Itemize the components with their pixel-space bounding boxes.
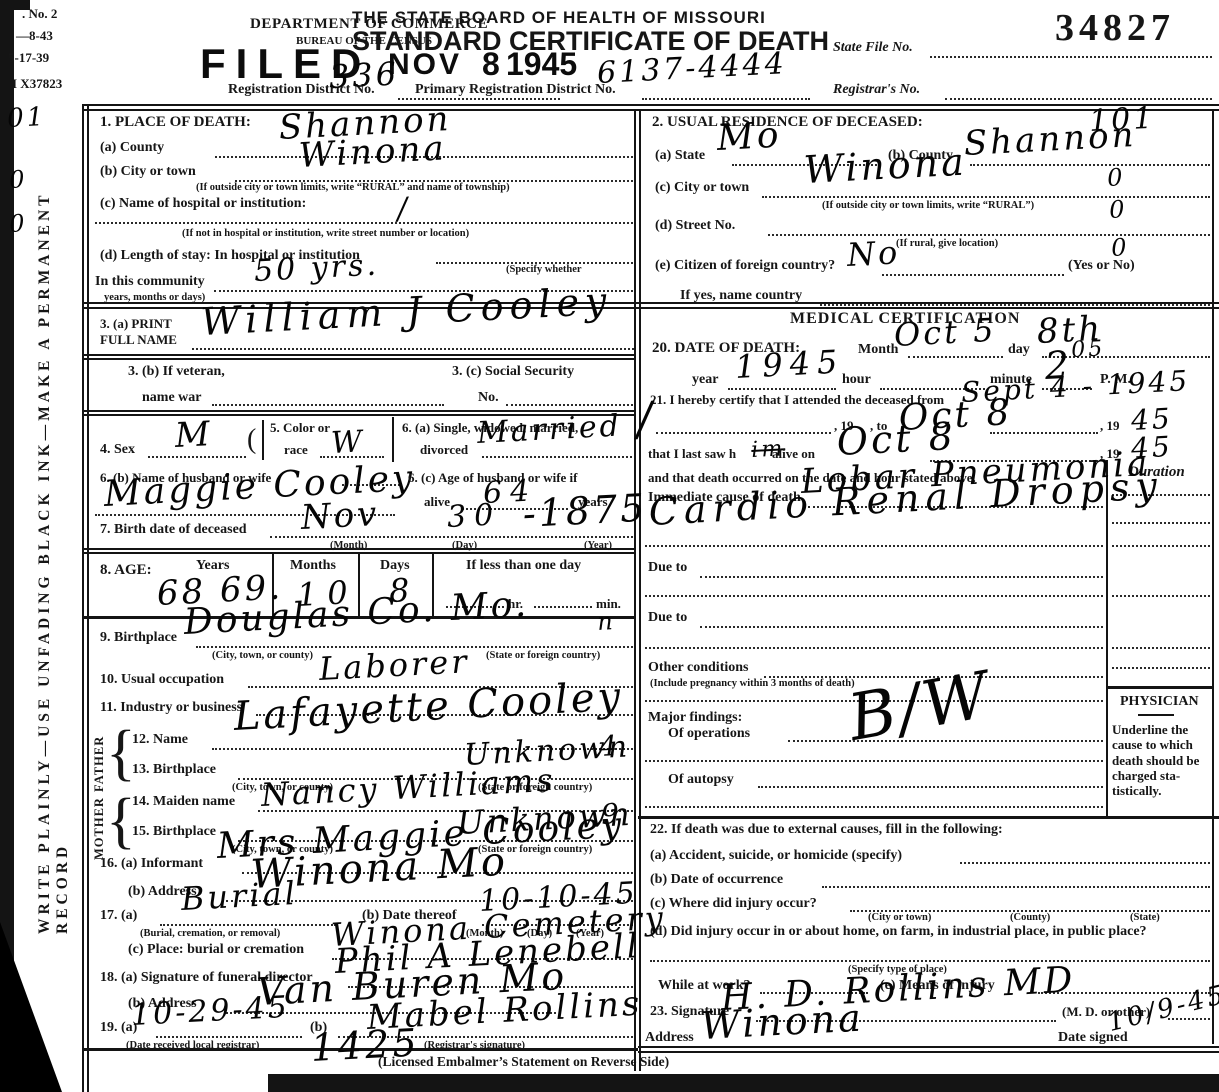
dotted-line (650, 960, 1210, 962)
physician-address-value: Winona (700, 996, 865, 1048)
external-causes-heading: 22. If death was due to external causes,… (650, 822, 1003, 838)
dotted-line (1112, 545, 1210, 547)
dotted-line (645, 545, 1103, 547)
color-label: 5. Color or (270, 420, 330, 436)
injury-county-note: (County) (1010, 912, 1050, 923)
scan-edge-wedge (0, 922, 62, 1092)
rule-line (84, 109, 1219, 111)
res-city-value: Winona (803, 140, 968, 192)
industry-label: 11. Industry or business (100, 700, 242, 716)
dotted-line (95, 222, 633, 224)
physician-address-label: Address (645, 1030, 694, 1046)
dotted-line (728, 388, 836, 390)
dotted-line (945, 98, 1212, 100)
occurrence-date-label: (b) Date of occurrence (650, 872, 783, 888)
full-name-label: FULL NAME (100, 332, 177, 348)
board-title: THE STATE BOARD OF HEALTH OF MISSOURI (352, 8, 766, 28)
dotted-line (700, 576, 1103, 578)
stray-slash-mark: / (635, 391, 656, 446)
res-city-note: (If outside city or town limits, write “… (822, 200, 1034, 211)
birth-date-label: 7. Birth date of deceased (100, 522, 247, 538)
rule-line (638, 1051, 1219, 1053)
name-war-label: name war (142, 390, 202, 406)
dotted-line (990, 432, 1098, 434)
dotted-line (645, 595, 1103, 597)
mother-name-label: 14. Maiden name (132, 794, 235, 810)
birthplace-state-note: (State or foreign country) (486, 650, 600, 661)
street-note: (If rural, give location) (896, 238, 998, 249)
injury-state-note: (State) (1130, 912, 1160, 923)
rule-line (262, 420, 264, 460)
birthplace-tail-mark: n (597, 607, 617, 636)
dotted-line (192, 348, 634, 350)
rule-line (84, 552, 636, 554)
injury-where-label: (c) Where did injury occur? (650, 896, 817, 912)
scan-edge-bottom (268, 1074, 1219, 1092)
death-certificate-scan: . No. 2 —8-43 5-17-39 I X37823 WRITE PLA… (0, 0, 1219, 1092)
hospital-note: (If not in hospital or institution, writ… (182, 228, 469, 239)
dotted-line (1112, 595, 1210, 597)
birthplace-city-note: (City, town, or county) (212, 650, 313, 661)
county-label: (a) County (100, 140, 164, 156)
dotted-line (656, 432, 831, 434)
rule-line (84, 358, 636, 360)
dotted-line (762, 196, 1210, 198)
alive-on-label: alive on (772, 446, 815, 462)
other-conditions-note: (Include pregnancy within 3 months of de… (650, 678, 855, 689)
comma-19-label2: , 19 (1100, 418, 1120, 434)
injury-city-note: (City or town) (868, 912, 931, 923)
rule-line (392, 417, 394, 462)
injury-place-label: (d) Did injury occur in or about home, o… (650, 924, 1147, 940)
age-months-label: Months (290, 558, 336, 574)
residence-heading: 2. USUAL RESIDENCE OF DECEASED: (652, 114, 923, 131)
mother-group-label: MOTHER (92, 794, 107, 860)
dotted-line (160, 924, 336, 926)
hospital-value: / (396, 191, 411, 227)
disposal-value: Burial (180, 874, 299, 918)
divorced-label: divorced (420, 442, 468, 458)
state-value: Mo (716, 115, 783, 159)
rule-line (84, 354, 636, 356)
dotted-line (882, 274, 1064, 276)
dotted-line (700, 626, 1103, 628)
primary-district-label: Primary Registration District No. (415, 82, 616, 98)
dotted-line (506, 404, 633, 406)
community-value: 50 yrs. (253, 248, 380, 289)
state-label: (a) State (655, 148, 705, 164)
dotted-line (482, 456, 632, 458)
dotted-line (645, 806, 1103, 808)
physician-title: PHYSICIAN (1120, 694, 1199, 710)
rule-line (87, 104, 89, 1092)
dotted-line (820, 304, 1210, 306)
last-saw-label: that I last saw h (648, 446, 736, 462)
street-label: (d) Street No. (655, 218, 735, 234)
divider-paren: ( (247, 424, 256, 456)
of-operations-label: Of operations (668, 726, 750, 742)
embalmer-note: (Licensed Embalmer’s Statement on Revers… (378, 1054, 669, 1070)
mother-birthplace-label: 15. Birthplace (132, 824, 216, 840)
sex-value: M (174, 414, 214, 456)
dotted-line (970, 164, 1210, 166)
dod-year-value: 1945 (734, 342, 845, 386)
dod-year-label: year (692, 372, 718, 388)
dotted-line (1112, 522, 1210, 524)
place-of-death-heading: 1. PLACE OF DEATH: (100, 114, 251, 131)
father-name-value: Lafayette Cooley (233, 674, 625, 740)
dotted-line (645, 647, 1103, 649)
dotted-line (534, 606, 592, 608)
informant-label: 16. (a) Informant (100, 856, 203, 872)
received-date-value: 10-29-45 (130, 990, 290, 1033)
rule-line (84, 548, 636, 550)
dod-minute-sup: 05 (1071, 336, 1106, 363)
less-than-day-label: If less than one day (466, 558, 581, 574)
dotted-line (768, 234, 1210, 236)
father-brace: { (106, 718, 136, 789)
res-city-label: (c) City or town (655, 180, 749, 196)
rule-line (1138, 714, 1174, 716)
dotted-line (822, 886, 1210, 888)
ssn-label: 3. (c) Social Security (452, 364, 574, 380)
state-file-number-stamp: 34827 (1055, 6, 1175, 50)
community-label: In this community (95, 274, 205, 290)
father-birthplace-tail: 4 (598, 729, 621, 763)
age-heading: 8. AGE: (100, 562, 152, 579)
res-mark: 0 (1109, 195, 1129, 224)
burial-place-label: (c) Place: burial or cremation (128, 942, 304, 958)
rule-line (638, 816, 1219, 819)
dotted-line (645, 760, 1103, 762)
dod-hour-label: hour (842, 372, 871, 388)
city-value: Winona (298, 128, 448, 176)
dotted-line (758, 786, 1103, 788)
birth-day-value: 30 (446, 497, 502, 535)
rule-line (1106, 686, 1214, 689)
citizen-value: No (846, 233, 901, 274)
date-signed-value: 10/9-45 (1105, 980, 1219, 1038)
other-conditions-label: Other conditions (648, 660, 748, 676)
father-name-label: 12. Name (132, 732, 188, 748)
birth-month-value: Nov (300, 494, 380, 538)
occupation-value: Laborer (318, 642, 470, 688)
dotted-line (1112, 647, 1210, 649)
rule-line (84, 104, 1219, 106)
form-code: I X37823 (12, 76, 62, 92)
dotted-line (960, 862, 1210, 864)
dotted-line (788, 740, 1103, 742)
state-file-label: State File No. (833, 40, 913, 56)
father-group-label: FATHER (92, 726, 107, 792)
print-label: 3. (a) PRINT (100, 316, 172, 332)
rule-line (1212, 109, 1214, 1044)
hospital-label: (c) Name of hospital or institution: (100, 196, 306, 212)
disposal-note: (Burial, cremation, or removal) (140, 928, 280, 939)
disposal-label: 17. (a) (100, 908, 137, 924)
margin-mark: 0 (9, 165, 29, 194)
city-label: (b) City or town (100, 164, 196, 180)
registration-district-value: 336 (328, 54, 400, 96)
form-number: . No. 2 (22, 6, 57, 22)
dod-month-label: Month (858, 342, 898, 358)
rule-line (1106, 689, 1108, 817)
city-note: (If outside city or town limits, write “… (196, 182, 510, 193)
filed-stamp-year: 1945 (506, 46, 577, 83)
res-mark: 0 (1107, 163, 1127, 192)
sex-label: 4. Sex (100, 442, 135, 458)
name-country-label: If yes, name country (680, 288, 802, 304)
res-mark: 0 (1111, 233, 1131, 262)
dotted-line (908, 356, 1003, 358)
dod-day-label: day (1008, 342, 1030, 358)
citizen-label: (e) Citizen of foreign country? (655, 258, 835, 274)
father-birthplace-label: 13. Birthplace (132, 762, 216, 778)
dotted-line (148, 456, 246, 458)
dotted-line (930, 56, 1212, 58)
occupation-label: 10. Usual occupation (100, 672, 224, 688)
physician-instruction: Underline the cause to which death shoul… (1112, 722, 1212, 799)
margin-instruction: WRITE PLAINLY—USE UNFADING BLACK INK—MAK… (36, 104, 72, 934)
dotted-line (156, 1036, 302, 1038)
due-to-label2: Due to (648, 610, 687, 626)
due-to-label: Due to (648, 560, 687, 576)
race-value: W (330, 424, 366, 461)
race-label: race (284, 442, 308, 458)
rule-line (638, 1046, 1219, 1048)
margin-mark: 01 (6, 102, 47, 134)
rule-line (82, 104, 84, 1092)
dotted-line (642, 98, 810, 100)
dod-month-value: Oct 5 (893, 311, 997, 354)
accident-label: (a) Accident, suicide, or homicide (spec… (650, 848, 902, 864)
ssn-no-label: No. (478, 390, 499, 406)
dotted-line (212, 404, 444, 406)
registrar-no-label: Registrar's No. (833, 82, 920, 98)
specify-note: (Specify whether (506, 264, 582, 275)
filed-stamp-day: 8 (482, 46, 500, 83)
dotted-line (1112, 667, 1210, 669)
form-revision2: 5-17-39 (8, 50, 49, 66)
birth-year-value: -1875 (522, 486, 649, 536)
veteran-label: 3. (b) If veteran, (128, 364, 225, 380)
birthplace-label: 9. Birthplace (100, 630, 177, 646)
marital-value: Married (476, 408, 622, 451)
of-autopsy-label: Of autopsy (668, 772, 734, 788)
margin-mark: 0 (9, 209, 29, 238)
form-revision: —8-43 (16, 28, 53, 44)
major-findings-label: Major findings: (648, 710, 742, 726)
res-county-value: Shannon (963, 115, 1137, 164)
